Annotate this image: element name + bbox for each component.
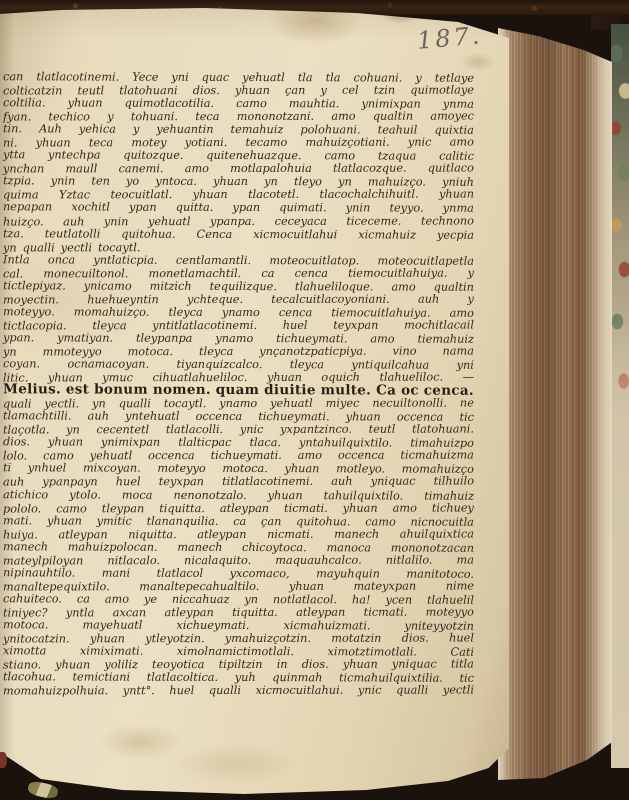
manuscript-line: moyectin.huehueyntinychteque.tecalcuitla… <box>3 292 474 306</box>
manuscript-line: auhypanpaynhuelteyxpantitlatlacotinemi.a… <box>3 475 474 489</box>
manuscript-line: cantlatlacotinemi.Yeceyniquacyehuatltlat… <box>3 70 474 85</box>
manuscript-line: ynitocatzin.yhuanytleyotzin.ymahuizçotzi… <box>3 632 474 646</box>
manuscript-page: 187. cantlatlacotinemi.Yeceyniquacyehuat… <box>0 0 509 800</box>
manuscript-photo: 187. cantlatlacotinemi.Yeceyniquacyehuat… <box>0 0 629 800</box>
manuscript-line: mati.yhuanymitictlananquilia.caçanquitoh… <box>3 514 474 529</box>
headband-speck <box>27 780 59 800</box>
manuscript-line: tiniyec?yntlaaxcanatleypantiquitta.atley… <box>3 605 474 619</box>
manuscript-line: cal.monecuiltonol.monetlamachtil.cacenca… <box>3 266 474 280</box>
binding-speck-red <box>0 752 7 768</box>
manuscript-line: Intlaoncayntlaticpia.centlamantli.moteoc… <box>3 253 474 268</box>
manuscript-line: tza.teutlatolliquitohua.Cencaxicmocuitla… <box>3 227 474 242</box>
manuscript-line: nipinauhtilo.manitlatlacolyxcomaco,mayuh… <box>3 566 474 581</box>
page-number: 187. <box>416 21 484 55</box>
manuscript-line: cahuiteco.caamoyeniccahuazynnotlatlacol.… <box>3 592 474 607</box>
manuscript-line: tictlepiyaz.ynicamomitzichtequilizque.tl… <box>3 279 474 294</box>
marbled-endpaper-fade <box>611 24 629 768</box>
manuscript-line: colticatzinteutltlatohuanidios.yhuançany… <box>3 84 474 98</box>
manuscript-line: motoca.mayehuatlxichueymati.xicmahuizmat… <box>3 618 474 633</box>
manuscript-line: nepapanxochitlypanquitta.ypanquimati.yni… <box>3 201 474 216</box>
manuscript-line: mateylpiloyannitlacalo.nicalaquito.maqua… <box>3 553 474 567</box>
manuscript-line: atichicoytolo.mocanenonotzalo.yhuantahui… <box>3 488 474 503</box>
manuscript-line: manechmahuizpolocan.manechchicoytoca.man… <box>3 540 474 555</box>
manuscript-line: huizço.auhyninyehuatlypanpa.ceceyacatice… <box>3 214 474 228</box>
manuscript-line: coyan.ocnamacoyan.tiyanquizcalco.tleycay… <box>3 357 474 372</box>
text-block: cantlatlacotinemi.Yeceyniquacyehuatltlat… <box>3 71 474 697</box>
manuscript-line: ynqualliyectlitocaytl. <box>3 240 474 254</box>
manuscript-line: ypan.ymatiyan.tleypanpaynamotichueymati.… <box>3 331 474 346</box>
book-fore-edge <box>498 0 612 800</box>
manuscript-line: huiya.atleypanniquitta.atleypannicmati.m… <box>3 527 474 541</box>
manuscript-line: pololo.camotleypantiquitta.atleypanticma… <box>3 501 474 515</box>
manuscript-line: tictlacopia.tleycayntitlatlacotinemi.hue… <box>3 318 474 332</box>
manuscript-line: momahuizpolhuia.yntt°.huelquallixicmocui… <box>3 684 474 698</box>
manuscript-line: ynmmoteyyomotoca.tleycaynçanotzpaticpiya… <box>3 344 474 358</box>
manuscript-line: moteyyo.momahuizço.tleycaynamocencatiemo… <box>3 305 474 320</box>
manuscript-line: manaltepequixtilo.manaltepecahualtilo.yh… <box>3 579 474 593</box>
